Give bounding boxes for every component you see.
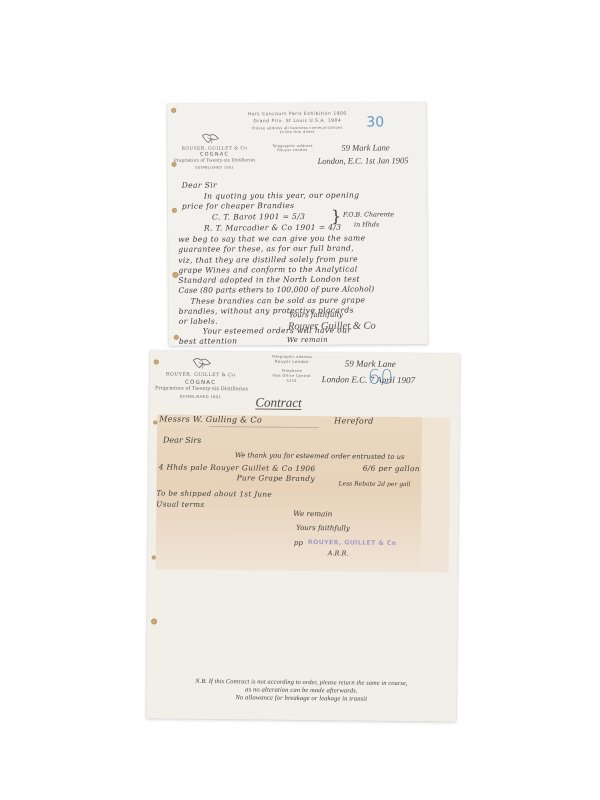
reference-number: 60: [368, 365, 394, 389]
contract-title: Contract: [255, 395, 301, 409]
body-line: price for cheaper Brandies: [182, 201, 295, 212]
logo-icon: [190, 356, 214, 371]
company-stamp: ROUYER, GUILLET & Co: [308, 539, 396, 547]
telephone-exchange: Post Office Central: [262, 374, 322, 379]
price-note: F.O.B. Charente: [343, 210, 394, 218]
notice-line-2: to the firm direct: [247, 130, 347, 135]
punch-hole: [152, 555, 156, 559]
company-name: ROUYER, GUILLET & Co: [156, 372, 246, 378]
date-line: London, E.C. 1st Jan 1905: [318, 155, 409, 166]
contract-1907: ROUYER, GUILLET & Co COGNAC Proprietors …: [146, 350, 460, 721]
salutation: Dear Sirs: [163, 436, 201, 445]
telephone-label: Telephone: [262, 369, 322, 374]
closing: We remain: [287, 335, 328, 346]
paper-stain-edge: [421, 417, 451, 572]
body-line: guarantee for these, as for our full bra…: [178, 244, 354, 256]
body-line: best attention: [179, 336, 238, 347]
order-product: Pure Grape Brandy: [237, 473, 315, 484]
letter-1905: Hors Concours Paris Exhibition 1900 Gran…: [167, 102, 428, 346]
closing-yours: Yours faithfully: [296, 524, 350, 533]
telegraphic-value: Rouyer London: [262, 360, 322, 365]
company-established: ESTABLISHED 1801: [172, 165, 258, 170]
body-line: Case (80 parts ethers to 100,000 of pure…: [178, 284, 374, 296]
signature: Rouyer Guillet & Co: [288, 321, 376, 333]
awards-line-2: Grand Prix. St Louis U.S.A. 1904: [237, 119, 357, 125]
salutation: Dear Sir: [182, 181, 217, 192]
punch-hole: [151, 618, 157, 624]
price-note: in Hhds: [354, 220, 379, 228]
address-line: 59 Mark Lane: [341, 142, 389, 152]
punch-hole: [153, 420, 157, 424]
company-established: ESTABLISHED 1801: [155, 394, 245, 399]
company-proprietors: Proprietors of Twenty-six Distilleries: [168, 158, 262, 164]
price-line: R. T. Marcadier & Co 1901 = 4/3: [204, 223, 341, 234]
punch-hole: [172, 208, 177, 213]
logo-icon: [199, 132, 221, 146]
initials: A.R.R.: [328, 549, 349, 557]
shipping-line: To be shipped about 1st June: [156, 488, 272, 500]
telephone-number: 5253: [262, 379, 322, 384]
punch-hole: [154, 359, 159, 364]
signature-prefix: pp: [294, 539, 303, 547]
punch-hole: [171, 108, 176, 113]
addressee: Messrs W. Gulling & Co: [159, 414, 262, 424]
awards-line-1: Hors Concours Paris Exhibition 1900: [237, 112, 357, 118]
order-terms: Less Rebate 2d per gall: [339, 480, 411, 488]
brace: }: [331, 209, 341, 225]
telegraphic-value: Rouyer London: [267, 148, 317, 152]
terms-line: Usual terms: [156, 499, 204, 510]
order-price: 6/6 per gallon: [363, 464, 420, 475]
company-proprietors: Proprietors of Twenty-six Distilleries: [149, 386, 253, 393]
price-line: C. T. Barot 1901 = 5/3: [212, 212, 305, 223]
addressee-town: Hereford: [334, 416, 373, 425]
closing-yours: Yours faithfully: [289, 311, 343, 319]
closing: We remain: [293, 509, 332, 518]
reference-number: 30: [366, 114, 384, 130]
